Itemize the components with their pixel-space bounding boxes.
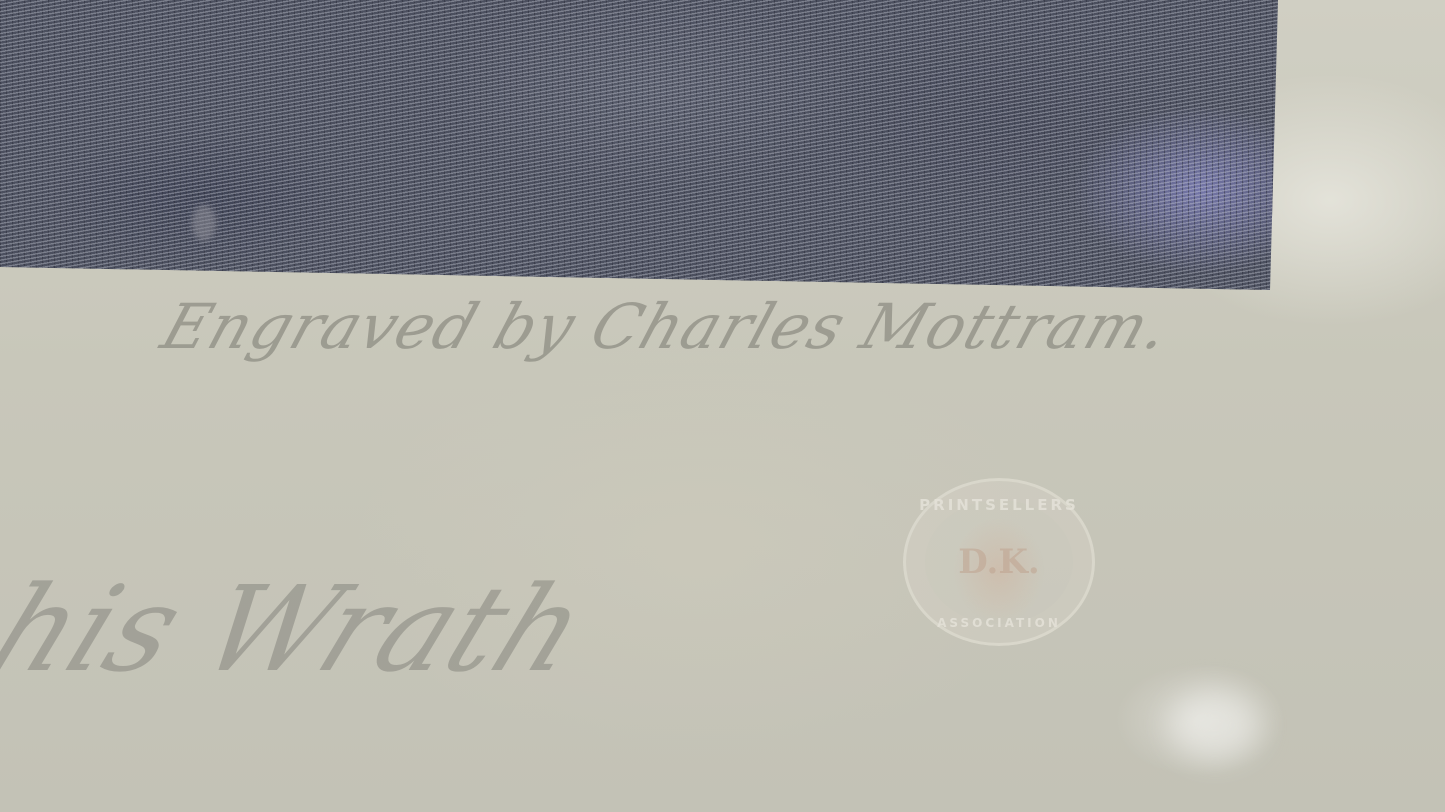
engraved-plate (0, 0, 1278, 290)
stamp-center-mark: D.K. (958, 542, 1040, 582)
engraver-credit: Engraved by Charles Mottram. (153, 290, 1180, 363)
printsellers-stamp: PRINTSELLERS D.K. ASSOCIATION (903, 478, 1095, 646)
photo-scene: Engraved by Charles Mottram. his Wrath P… (0, 0, 1445, 812)
glass-glare (1170, 690, 1260, 760)
stamp-bottom-text: ASSOCIATION (903, 616, 1095, 630)
plate-speck (192, 205, 216, 241)
print-title-fragment: his Wrath (0, 560, 606, 698)
stamp-top-text: PRINTSELLERS (903, 496, 1095, 514)
